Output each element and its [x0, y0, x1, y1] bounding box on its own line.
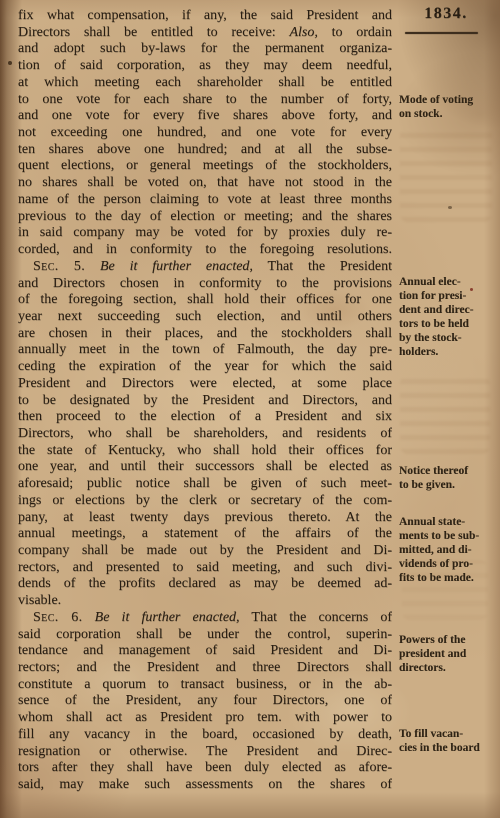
body-line: and one vote for every five shares above…	[18, 108, 392, 125]
body-text-column: fix what compensation, if any, the said …	[18, 8, 392, 794]
body-line: resignation or otherwise. The President …	[18, 744, 392, 761]
body-line: in said company may be voted for by prox…	[18, 225, 392, 242]
body-line: constitute a quorum to transact business…	[18, 677, 392, 694]
body-line: one year, and until their successors sha…	[18, 459, 392, 476]
body-line: visable.	[18, 593, 392, 610]
body-line: and adopt such by-laws for the permanent…	[18, 41, 392, 58]
body-line: rectors; and the President and three Dir…	[18, 660, 392, 677]
body-line: the state of Kentucky, who shall hold th…	[18, 443, 392, 460]
section-5-heading-line: Sec. 5. Be it further enacted, That the …	[18, 259, 392, 276]
margin-note-notice: Notice thereof to be given.	[399, 465, 496, 493]
ink-bleed-through	[400, 376, 490, 454]
body-line: ceding the expiration of the year for wh…	[18, 359, 392, 376]
page-year-header: 1834.	[400, 5, 492, 23]
body-line: President and Directors were elected, at…	[18, 376, 392, 393]
ink-bleed-through	[400, 126, 492, 222]
body-line: to be designated by the President and Di…	[18, 393, 392, 410]
body-line: year next succeeding such election, and …	[18, 309, 392, 326]
body-line: no shares shall be voted on, that have n…	[18, 175, 392, 192]
body-text: Directors shall be entitled to receive:	[18, 25, 289, 40]
body-line: quent elections, or general meetings of …	[18, 158, 392, 175]
body-line: sence of the President, any four Directo…	[18, 693, 392, 710]
body-line: tors after they shall have been duly ele…	[18, 760, 392, 777]
body-line: tion of said corporation, as they may de…	[18, 58, 392, 75]
section-label: Sec. 6.	[33, 610, 83, 625]
margin-note-vacancies: To fill vacan- cies in the board	[399, 728, 496, 756]
margin-note-annual-statements: Annual state- ments to be sub- mitted, a…	[399, 516, 496, 586]
body-line: fix what compensation, if any, the said …	[18, 8, 392, 25]
italic-text: Be it further enacted,	[85, 259, 253, 274]
body-line: tendance and management of said Presiden…	[18, 643, 392, 660]
body-line: are chosen in their places, and the stoc…	[18, 326, 392, 343]
body-line: said, may make such assessments on the s…	[18, 777, 392, 794]
body-line: fill any vacancy in the board, occasione…	[18, 727, 392, 744]
body-text: That the concerns of	[240, 610, 392, 625]
year-underline-rule	[405, 32, 478, 34]
asterisk-speck	[8, 61, 12, 65]
body-line: at which meeting each shareholder shall …	[18, 75, 392, 92]
italic-text: Be it further enacted,	[83, 610, 240, 625]
body-line: aforesaid; public notice shall be given …	[18, 476, 392, 493]
body-line: ings or elections by the clerk or secret…	[18, 493, 392, 510]
body-line: pany, at least twenty days previous ther…	[18, 510, 392, 527]
body-line: rectors, and presented to said meeting, …	[18, 560, 392, 577]
body-line: whom shall act as President pro tem. wit…	[18, 710, 392, 727]
margin-note-powers: Powers of the president and directors.	[399, 634, 496, 676]
scanned-book-page: 1834. fix what compensation, if any, the…	[0, 0, 500, 818]
body-line: to one vote for each share to the number…	[18, 92, 392, 109]
body-line: company shall be made out by the Preside…	[18, 543, 392, 560]
body-line: dends of the profits declared as may be …	[18, 576, 392, 593]
section-label: Sec. 5.	[33, 259, 85, 274]
body-line: of the foregoing section, shall hold the…	[18, 292, 392, 309]
italic-text: Also,	[289, 25, 317, 40]
body-line: Directors shall be entitled to receive: …	[18, 25, 392, 42]
body-line: said corporation shall be under the cont…	[18, 627, 392, 644]
paper-speck	[448, 206, 452, 209]
year-label: 1834.	[424, 5, 468, 22]
body-line: name of the person claiming to vote at l…	[18, 192, 392, 209]
body-text: That the President	[253, 259, 392, 274]
body-line: annually meet in the town of Falmouth, t…	[18, 342, 392, 359]
body-line: previous to the day of election or meeti…	[18, 209, 392, 226]
body-line: and Directors chosen in conformity to th…	[18, 276, 392, 293]
body-line: ten shares above one hundred; and at all…	[18, 142, 392, 159]
section-6-heading-line: Sec. 6. Be it further enacted, That the …	[18, 610, 392, 627]
margin-note-mode-of-voting: Mode of voting on stock.	[399, 94, 496, 122]
body-line: Directors, who shall be shareholders, an…	[18, 426, 392, 443]
body-line: not exceeding one hundred, and one vote …	[18, 125, 392, 142]
margin-note-annual-election: Annual elec- tion for presi- dent and di…	[399, 276, 496, 359]
body-text: to ordain	[318, 25, 392, 40]
body-line: then proceed to the election of a Presid…	[18, 409, 392, 426]
body-line: annual meetings, a statement of the affa…	[18, 526, 392, 543]
body-line: corded, and in conformity to the foregoi…	[18, 242, 392, 259]
